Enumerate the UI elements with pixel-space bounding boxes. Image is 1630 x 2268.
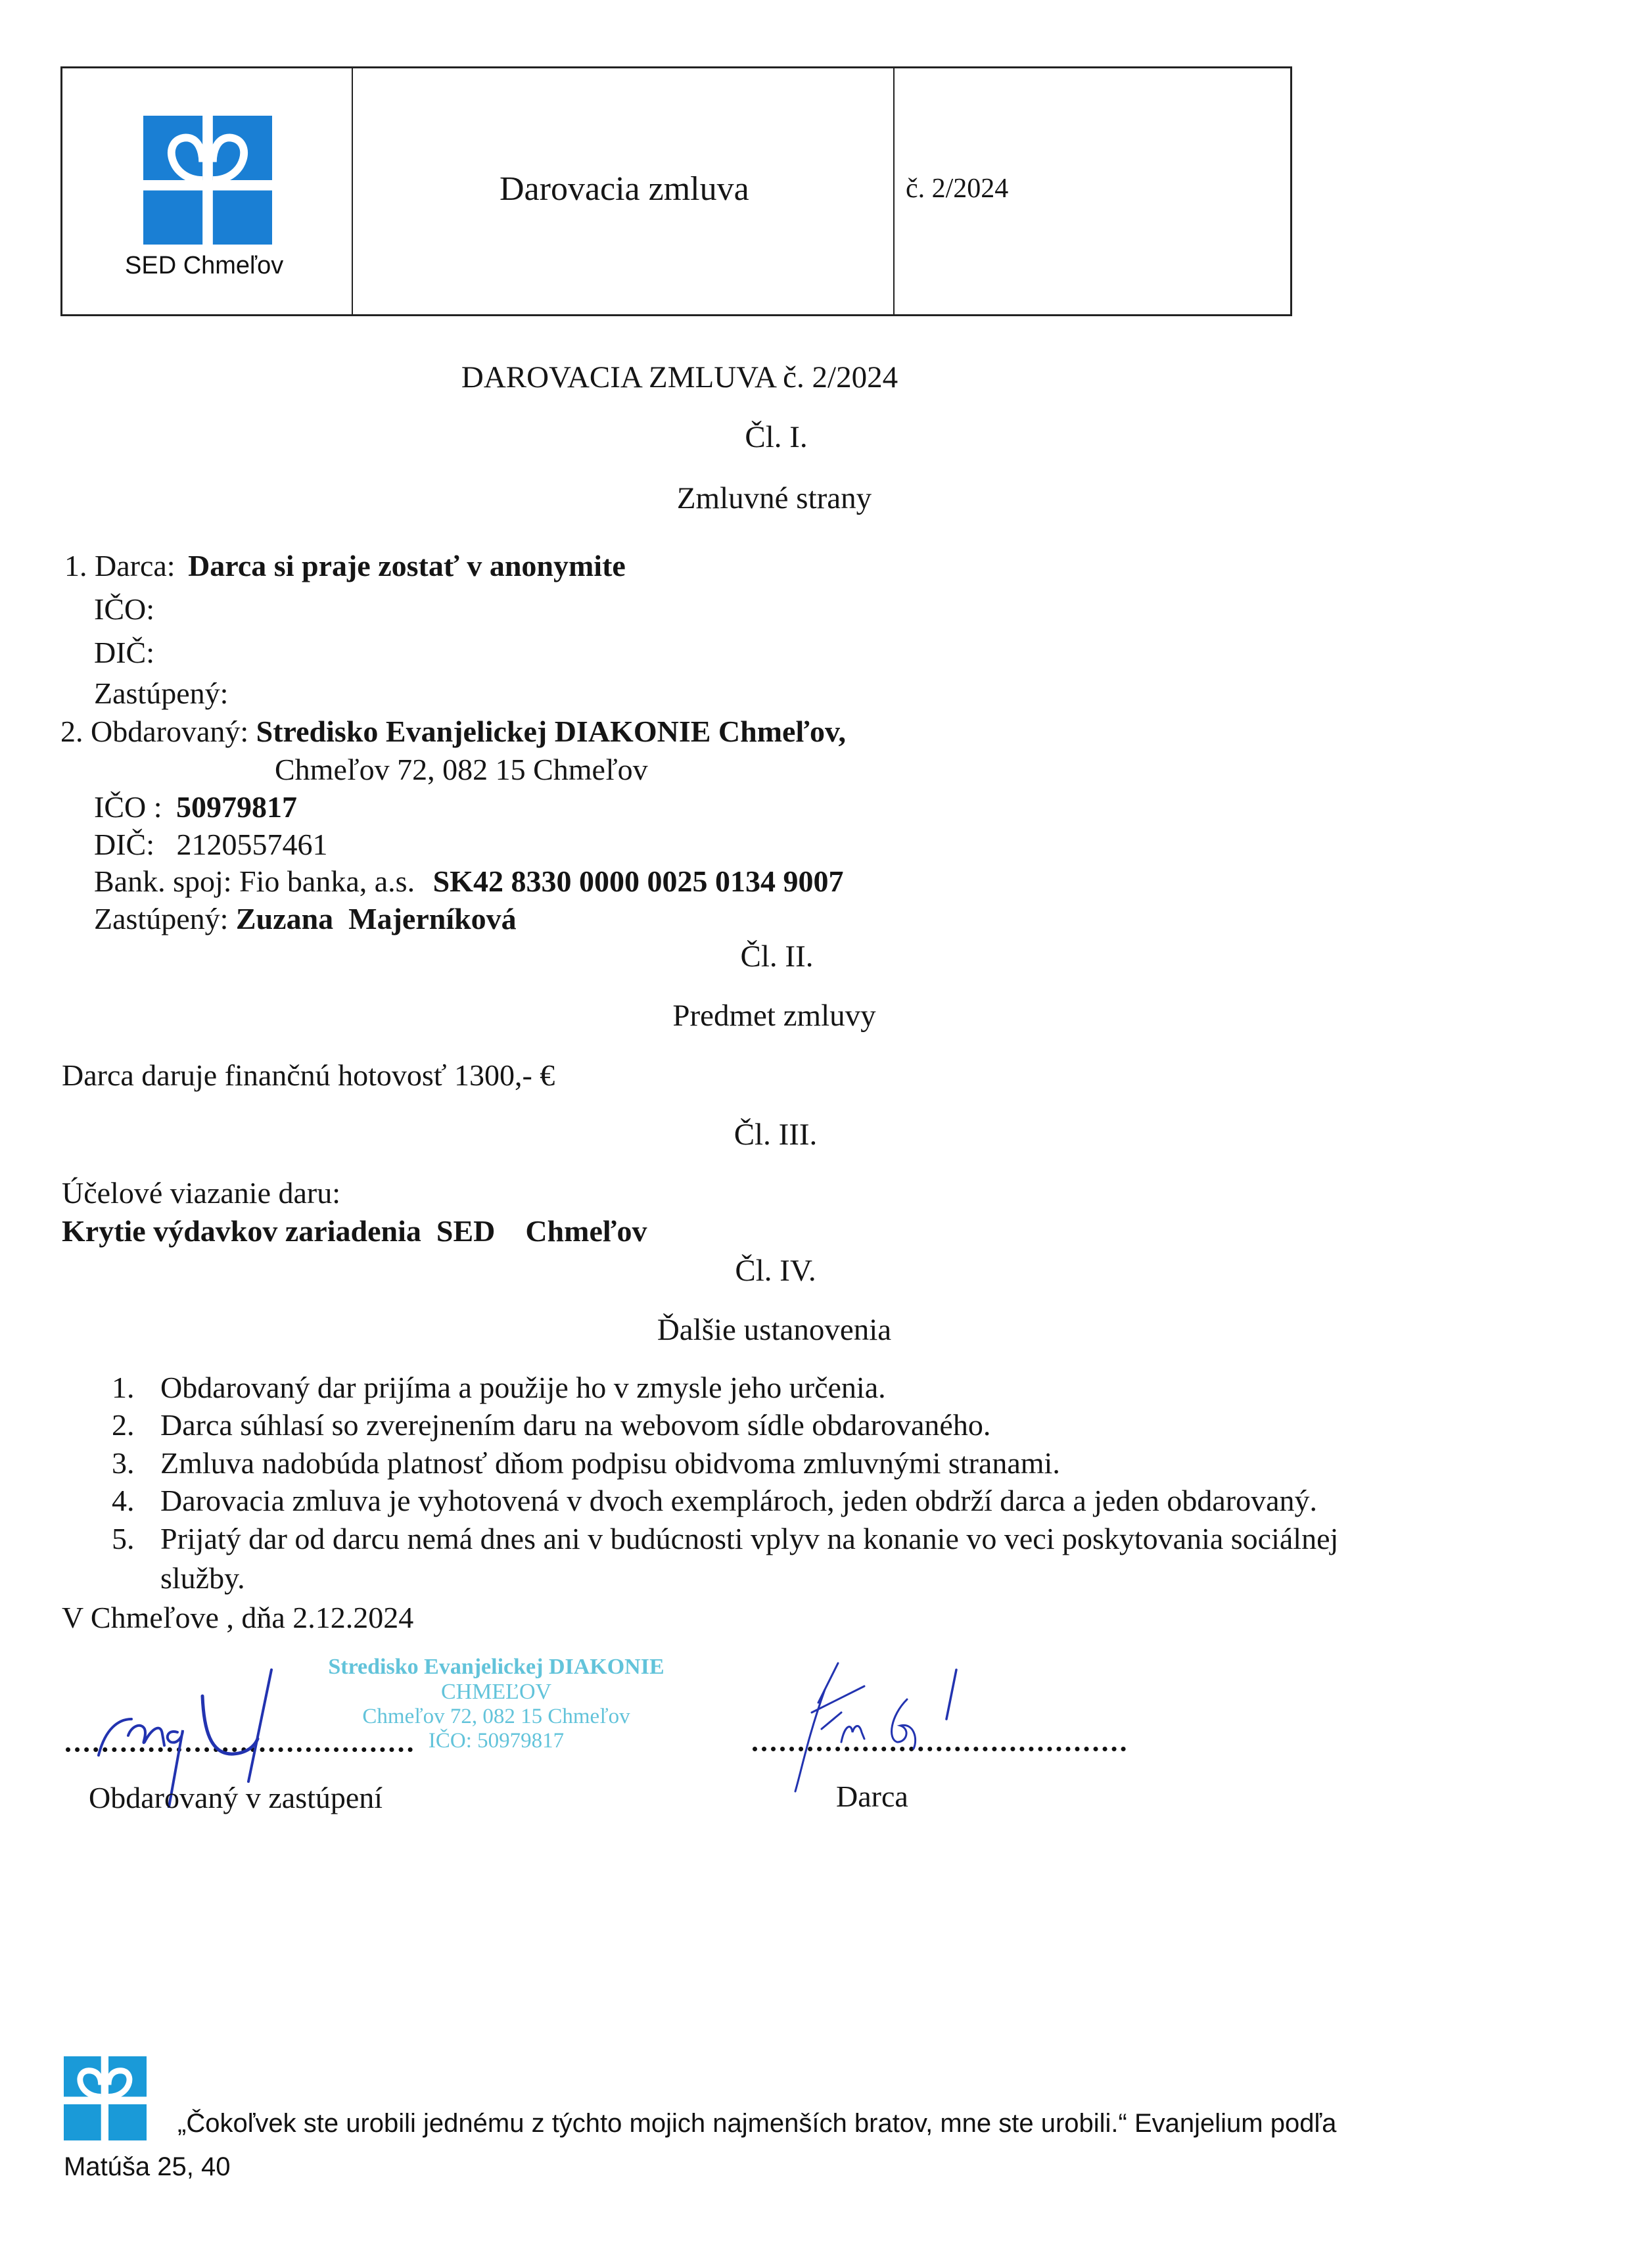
- provision-text-continuation: služby.: [160, 1563, 245, 1594]
- donor-name: Darca si praje zostať v anonymite: [188, 549, 626, 582]
- article-3-heading: Čl. III.: [734, 1120, 818, 1150]
- recipient-ico-value: 50979817: [176, 790, 297, 824]
- donor-label: 1. Darca:: [64, 549, 175, 582]
- organization-stamp: Stredisko Evanjelickej DIAKONIE CHMEĽOV …: [299, 1655, 693, 1753]
- footer-logo-icon: [64, 2056, 147, 2140]
- contract-title: DAROVACIA ZMLUVA č. 2/2024: [461, 362, 898, 393]
- recipient-bank: Bank. spoj: Fio banka, a.s. SK42 8330 00…: [94, 866, 843, 897]
- provision-text: Darovacia zmluva je vyhotovená v dvoch e…: [160, 1484, 1317, 1517]
- recipient-dic-label: DIČ:: [94, 828, 154, 861]
- recipient-address: Chmeľov 72, 082 15 Chmeľov: [275, 755, 648, 785]
- stamp-line-1: Stredisko Evanjelickej DIAKONIE: [299, 1655, 693, 1680]
- recipient-signature-label: Obdarovaný v zastúpení: [89, 1783, 383, 1813]
- recipient-label: 2. Obdarovaný:: [60, 715, 248, 748]
- recipient-ico: IČO : 50979817: [94, 792, 297, 822]
- donor-ico-label: IČO:: [94, 594, 154, 625]
- provision-item: 1.Obdarovaný dar prijíma a použije ho v …: [112, 1373, 886, 1403]
- purpose-text: Krytie výdavkov zariadenia SED Chmeľov: [62, 1216, 647, 1246]
- donor-line: 1. Darca: Darca si praje zostať v anonym…: [64, 551, 626, 581]
- provision-text: Prijatý dar od darcu nemá dnes ani v bud…: [160, 1522, 1338, 1555]
- recipient-dic: DIČ: 2120557461: [94, 830, 328, 860]
- provision-item: 4.Darovacia zmluva je vyhotovená v dvoch…: [112, 1486, 1317, 1516]
- provision-item: 5.Prijatý dar od darcu nemá dnes ani v b…: [112, 1524, 1338, 1554]
- article-1-heading: Čl. I.: [745, 422, 807, 453]
- header-divider: [893, 68, 895, 314]
- recipient-bank-label: Bank. spoj: Fio banka, a.s.: [94, 864, 415, 898]
- recipient-rep-label: Zastúpený:: [94, 902, 228, 935]
- provision-item: 3.Zmluva nadobúda platnosť dňom podpisu …: [112, 1448, 1060, 1478]
- place-date: V Chmeľove , dňa 2.12.2024: [62, 1603, 413, 1633]
- donor-rep-label: Zastúpený:: [94, 678, 228, 709]
- recipient-rep: Zastúpený: Zuzana Majerníková: [94, 904, 517, 934]
- doc-title: Darovacia zmluva: [500, 172, 749, 206]
- provision-number: 3.: [112, 1448, 160, 1478]
- article-4-subheading: Ďalšie ustanovenia: [657, 1315, 891, 1346]
- provision-text: Zmluva nadobúda platnosť dňom podpisu ob…: [160, 1446, 1060, 1480]
- provision-number: 4.: [112, 1486, 160, 1516]
- donor-dic-label: DIČ:: [94, 638, 154, 668]
- recipient-dic-value: 2120557461: [177, 828, 328, 861]
- recipient-ico-label: IČO :: [94, 790, 162, 824]
- recipient-name: Stredisko Evanjelickej DIAKONIE Chmeľov,: [256, 715, 846, 748]
- stamp-line-2: CHMEĽOV: [299, 1680, 693, 1705]
- provision-text: Obdarovaný dar prijíma a použije ho v zm…: [160, 1371, 886, 1404]
- donor-signature-label: Darca: [836, 1782, 908, 1812]
- article-4-heading: Čl. IV.: [735, 1256, 816, 1287]
- stamp-line-3: Chmeľov 72, 082 15 Chmeľov: [299, 1705, 693, 1729]
- footer-reference: Matúša 25, 40: [64, 2154, 231, 2180]
- purpose-label: Účelové viazanie daru:: [62, 1178, 340, 1208]
- article-2-subheading: Predmet zmluvy: [672, 1001, 875, 1031]
- donor-signature: [792, 1650, 1042, 1801]
- provision-text: Darca súhlasí so zverejnením daru na web…: [160, 1408, 990, 1442]
- recipient-iban: SK42 8330 0000 0025 0134 9007: [433, 864, 844, 898]
- doc-number: č. 2/2024: [906, 175, 1008, 202]
- provision-item: 2.Darca súhlasí so zverejnením daru na w…: [112, 1410, 990, 1440]
- article-1-subheading: Zmluvné strany: [677, 483, 872, 514]
- recipient-line: 2. Obdarovaný: Stredisko Evanjelickej DI…: [60, 717, 846, 747]
- recipient-rep-name: Zuzana Majerníková: [236, 902, 517, 935]
- provision-number: 5.: [112, 1524, 160, 1554]
- sed-logo-icon: [143, 116, 272, 245]
- article-2-heading: Čl. II.: [741, 941, 814, 972]
- logo-caption: SED Chmeľov: [125, 253, 283, 278]
- donation-amount-text: Darca daruje finančnú hotovosť 1300,- €: [62, 1060, 555, 1091]
- provision-number: 1.: [112, 1373, 160, 1403]
- header-divider: [352, 68, 353, 314]
- provision-number: 2.: [112, 1410, 160, 1440]
- footer-quote: „Čokoľvek ste urobili jednému z týchto m…: [177, 2110, 1336, 2137]
